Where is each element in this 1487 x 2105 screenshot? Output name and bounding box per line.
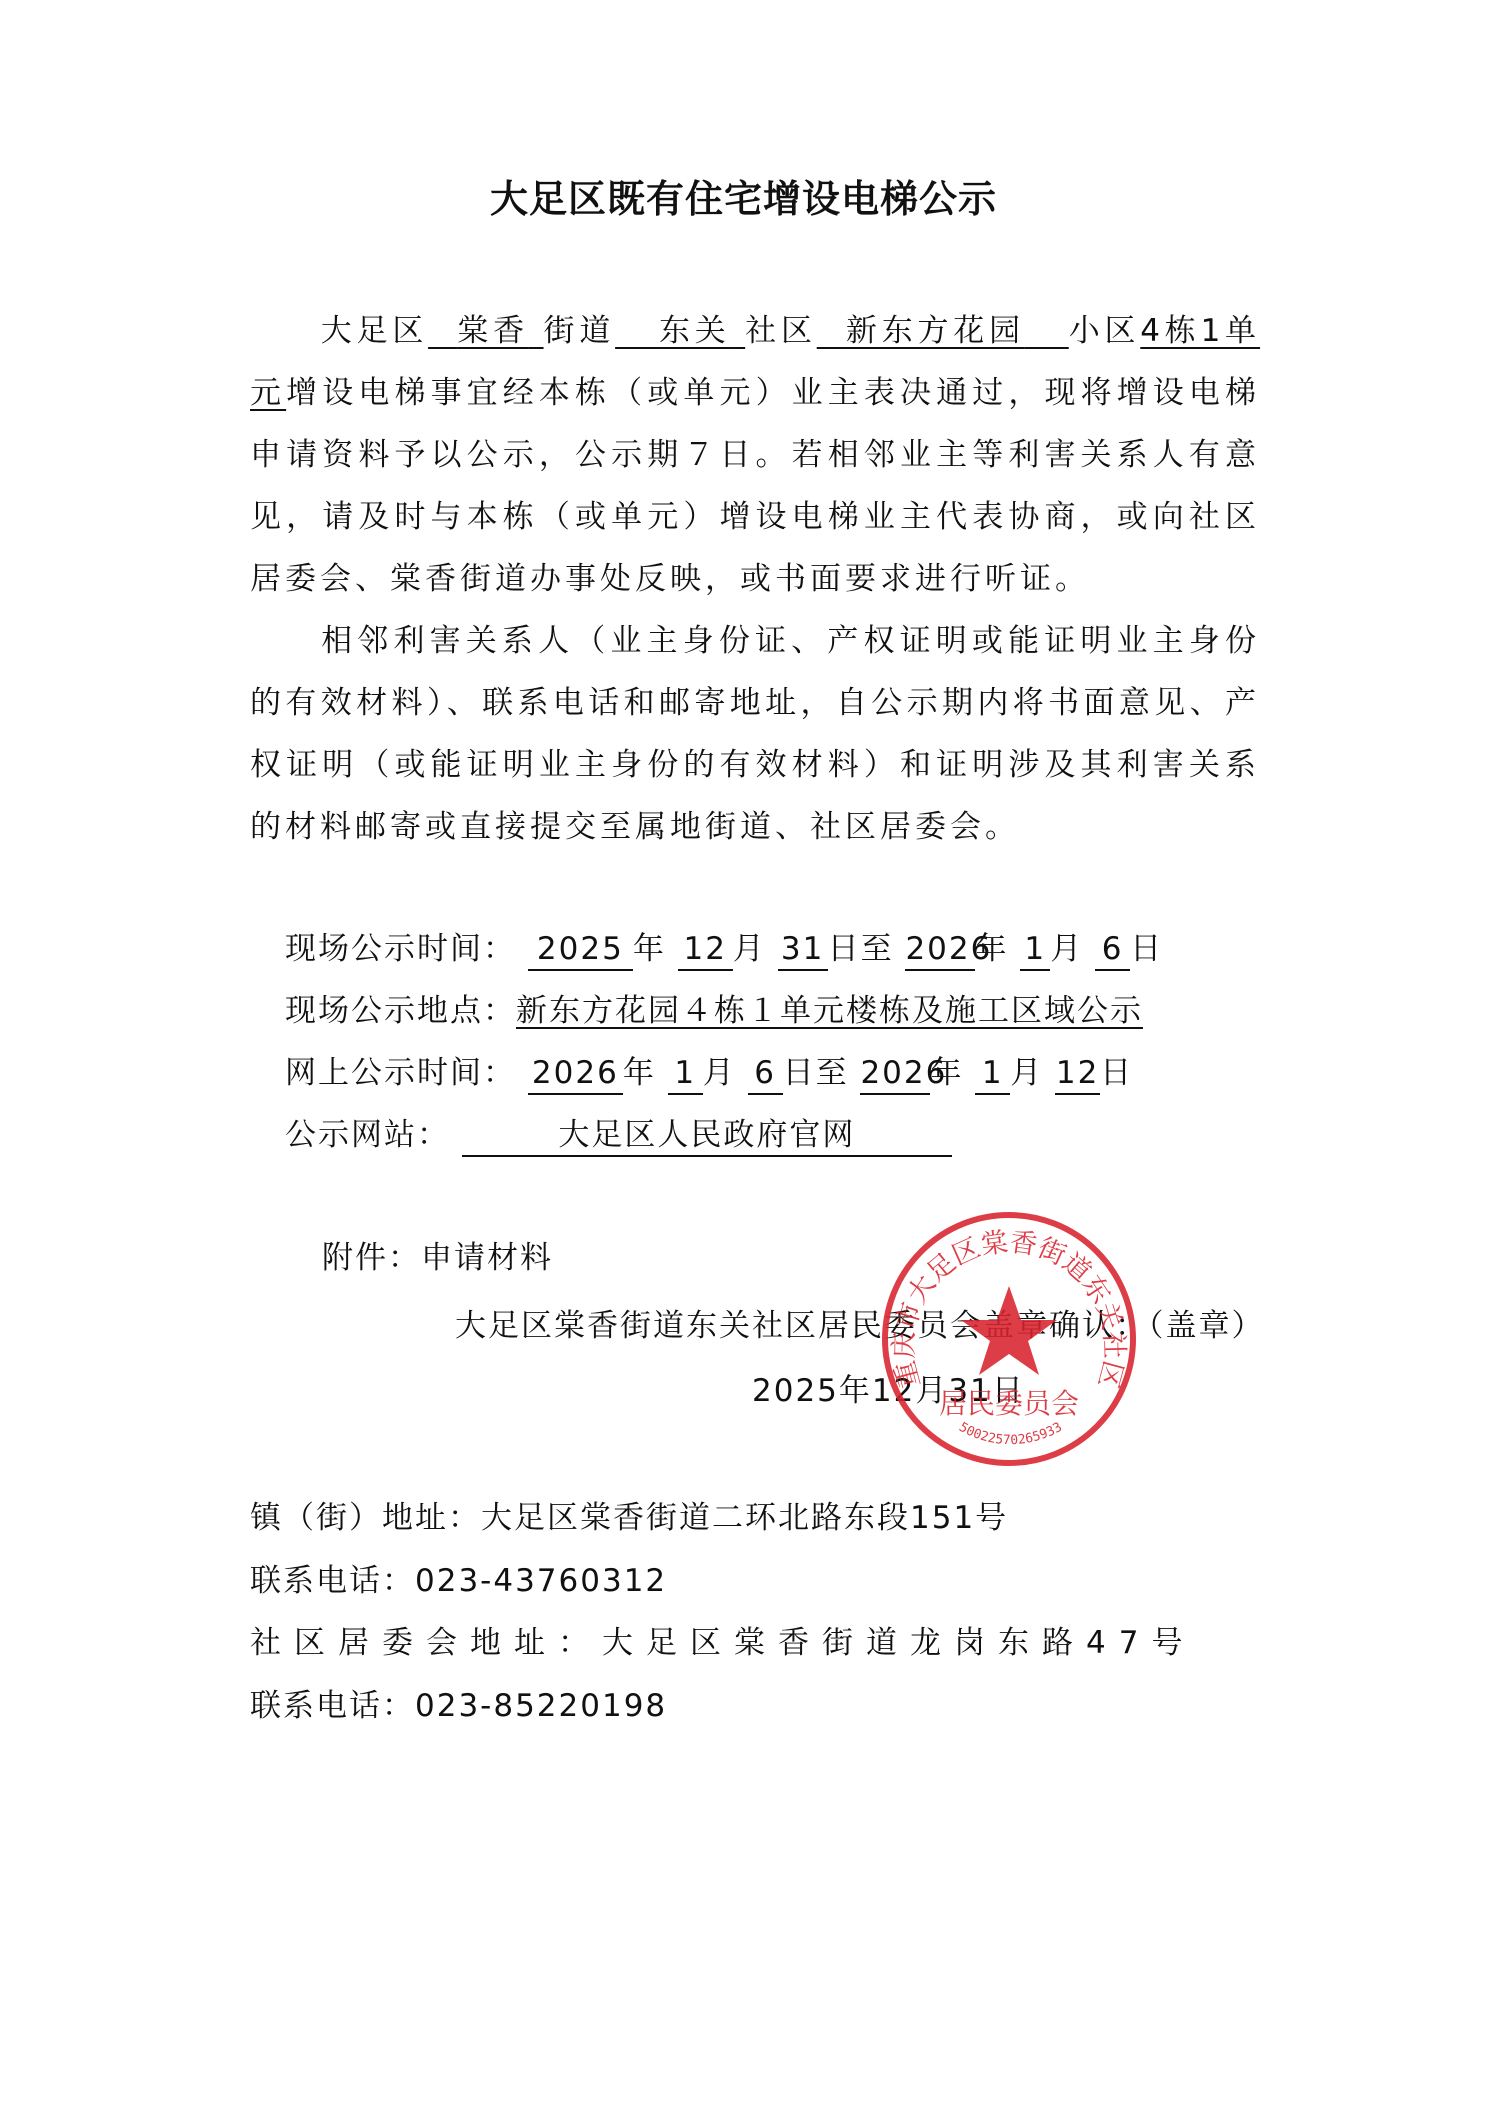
seal-inner-text: 居民委员会: [939, 1387, 1079, 1420]
day-char: 日: [1100, 1055, 1133, 1091]
official-seal-icon: 重庆市大足区棠香街道东关社区 居民委员会 50022570265933: [878, 1208, 1140, 1470]
month-char: 月: [733, 931, 766, 967]
to-char: 日至: [828, 931, 894, 967]
online-end-year: 2026: [860, 1053, 930, 1095]
intro-body: 增设电梯事宜经本栋（或单元）业主表决通过，现将增设电梯申请资料予以公示，公示期７…: [250, 375, 1260, 597]
online-end-day: 12: [1055, 1053, 1100, 1095]
signer-line: 大足区棠香街道东关社区居民委员会盖章确认：（盖章）: [455, 1300, 1265, 1345]
onsite-start-month: 12: [678, 929, 733, 971]
estate-suffix: 小区: [1069, 313, 1141, 349]
district: 大足区: [320, 313, 428, 349]
intro-paragraph: 大足区 棠香 街道 东关 社区 新东方花园 小区4栋1单元增设电梯事宜经本栋（或…: [250, 300, 1260, 610]
day-char: 日: [1130, 931, 1163, 967]
month-char: 月: [1010, 1055, 1043, 1091]
document-title: 大足区既有住宅增设电梯公示: [0, 168, 1487, 223]
committee-address: 社区居委会地址：大足区棠香街道龙岗东路47号: [250, 1617, 1195, 1662]
online-end-month: 1: [975, 1053, 1010, 1095]
street-office-phone: 联系电话：023-43760312: [250, 1555, 667, 1600]
paragraph-interested-parties: 相邻利害关系人（业主身份证、产权证明或能证明业主身份的有效材料）、联系电话和邮寄…: [250, 610, 1260, 858]
year-char: 年: [930, 1055, 963, 1091]
onsite-start-year: 2025: [528, 929, 633, 971]
onsite-location-label: 现场公示地点：: [285, 993, 516, 1029]
community-name-field: 东关: [615, 313, 745, 349]
online-start-year: 2026: [528, 1053, 623, 1095]
onsite-end-year: 2026: [905, 929, 975, 971]
onsite-location-value: 新东方花园４栋１单元楼栋及施工区域公示: [516, 993, 1143, 1029]
paragraph-2-text: 相邻利害关系人（业主身份证、产权证明或能证明业主身份的有效材料）、联系电话和邮寄…: [250, 623, 1260, 845]
onsite-end-day: 6: [1095, 929, 1130, 971]
onsite-location-row: 现场公示地点：新东方花园４栋１单元楼栋及施工区域公示: [285, 980, 1143, 1042]
attachment-note: 附件：申请材料: [322, 1232, 553, 1277]
street-name-field: 棠香: [428, 313, 543, 349]
seal-code: 50022570265933: [956, 1420, 1065, 1448]
street-suffix: 街道: [544, 313, 616, 349]
website-label: 公示网站：: [285, 1117, 450, 1153]
online-start-day: 6: [748, 1053, 783, 1095]
online-time-label: 网上公示时间：: [285, 1055, 516, 1091]
estate-name-field: 新东方花园: [817, 313, 1069, 349]
community-suffix: 社区: [745, 313, 817, 349]
online-time-row: 网上公示时间： 2026年 1月 6日至 2026年 1月 12日: [285, 1042, 1133, 1104]
month-char: 月: [1050, 931, 1083, 967]
onsite-time-label: 现场公示时间：: [285, 931, 516, 967]
year-char: 年: [975, 931, 1008, 967]
to-char: 日至: [783, 1055, 849, 1091]
website-row: 公示网站： 大足区人民政府官网: [285, 1104, 952, 1166]
month-char: 月: [703, 1055, 736, 1091]
street-office-address: 镇（街）地址：大足区棠香街道二环北路东段151号: [250, 1492, 1008, 1537]
onsite-end-month: 1: [1020, 929, 1050, 971]
onsite-start-day: 31: [778, 929, 828, 971]
onsite-time-row: 现场公示时间： 2025年 12月 31日至 2026年 1月 6日: [285, 918, 1163, 980]
year-char: 年: [633, 931, 666, 967]
website-value: 大足区人民政府官网: [462, 1115, 952, 1157]
committee-phone: 联系电话：023-85220198: [250, 1680, 667, 1725]
online-start-month: 1: [668, 1053, 703, 1095]
svg-text:50022570265933: 50022570265933: [956, 1420, 1065, 1448]
year-char: 年: [623, 1055, 656, 1091]
